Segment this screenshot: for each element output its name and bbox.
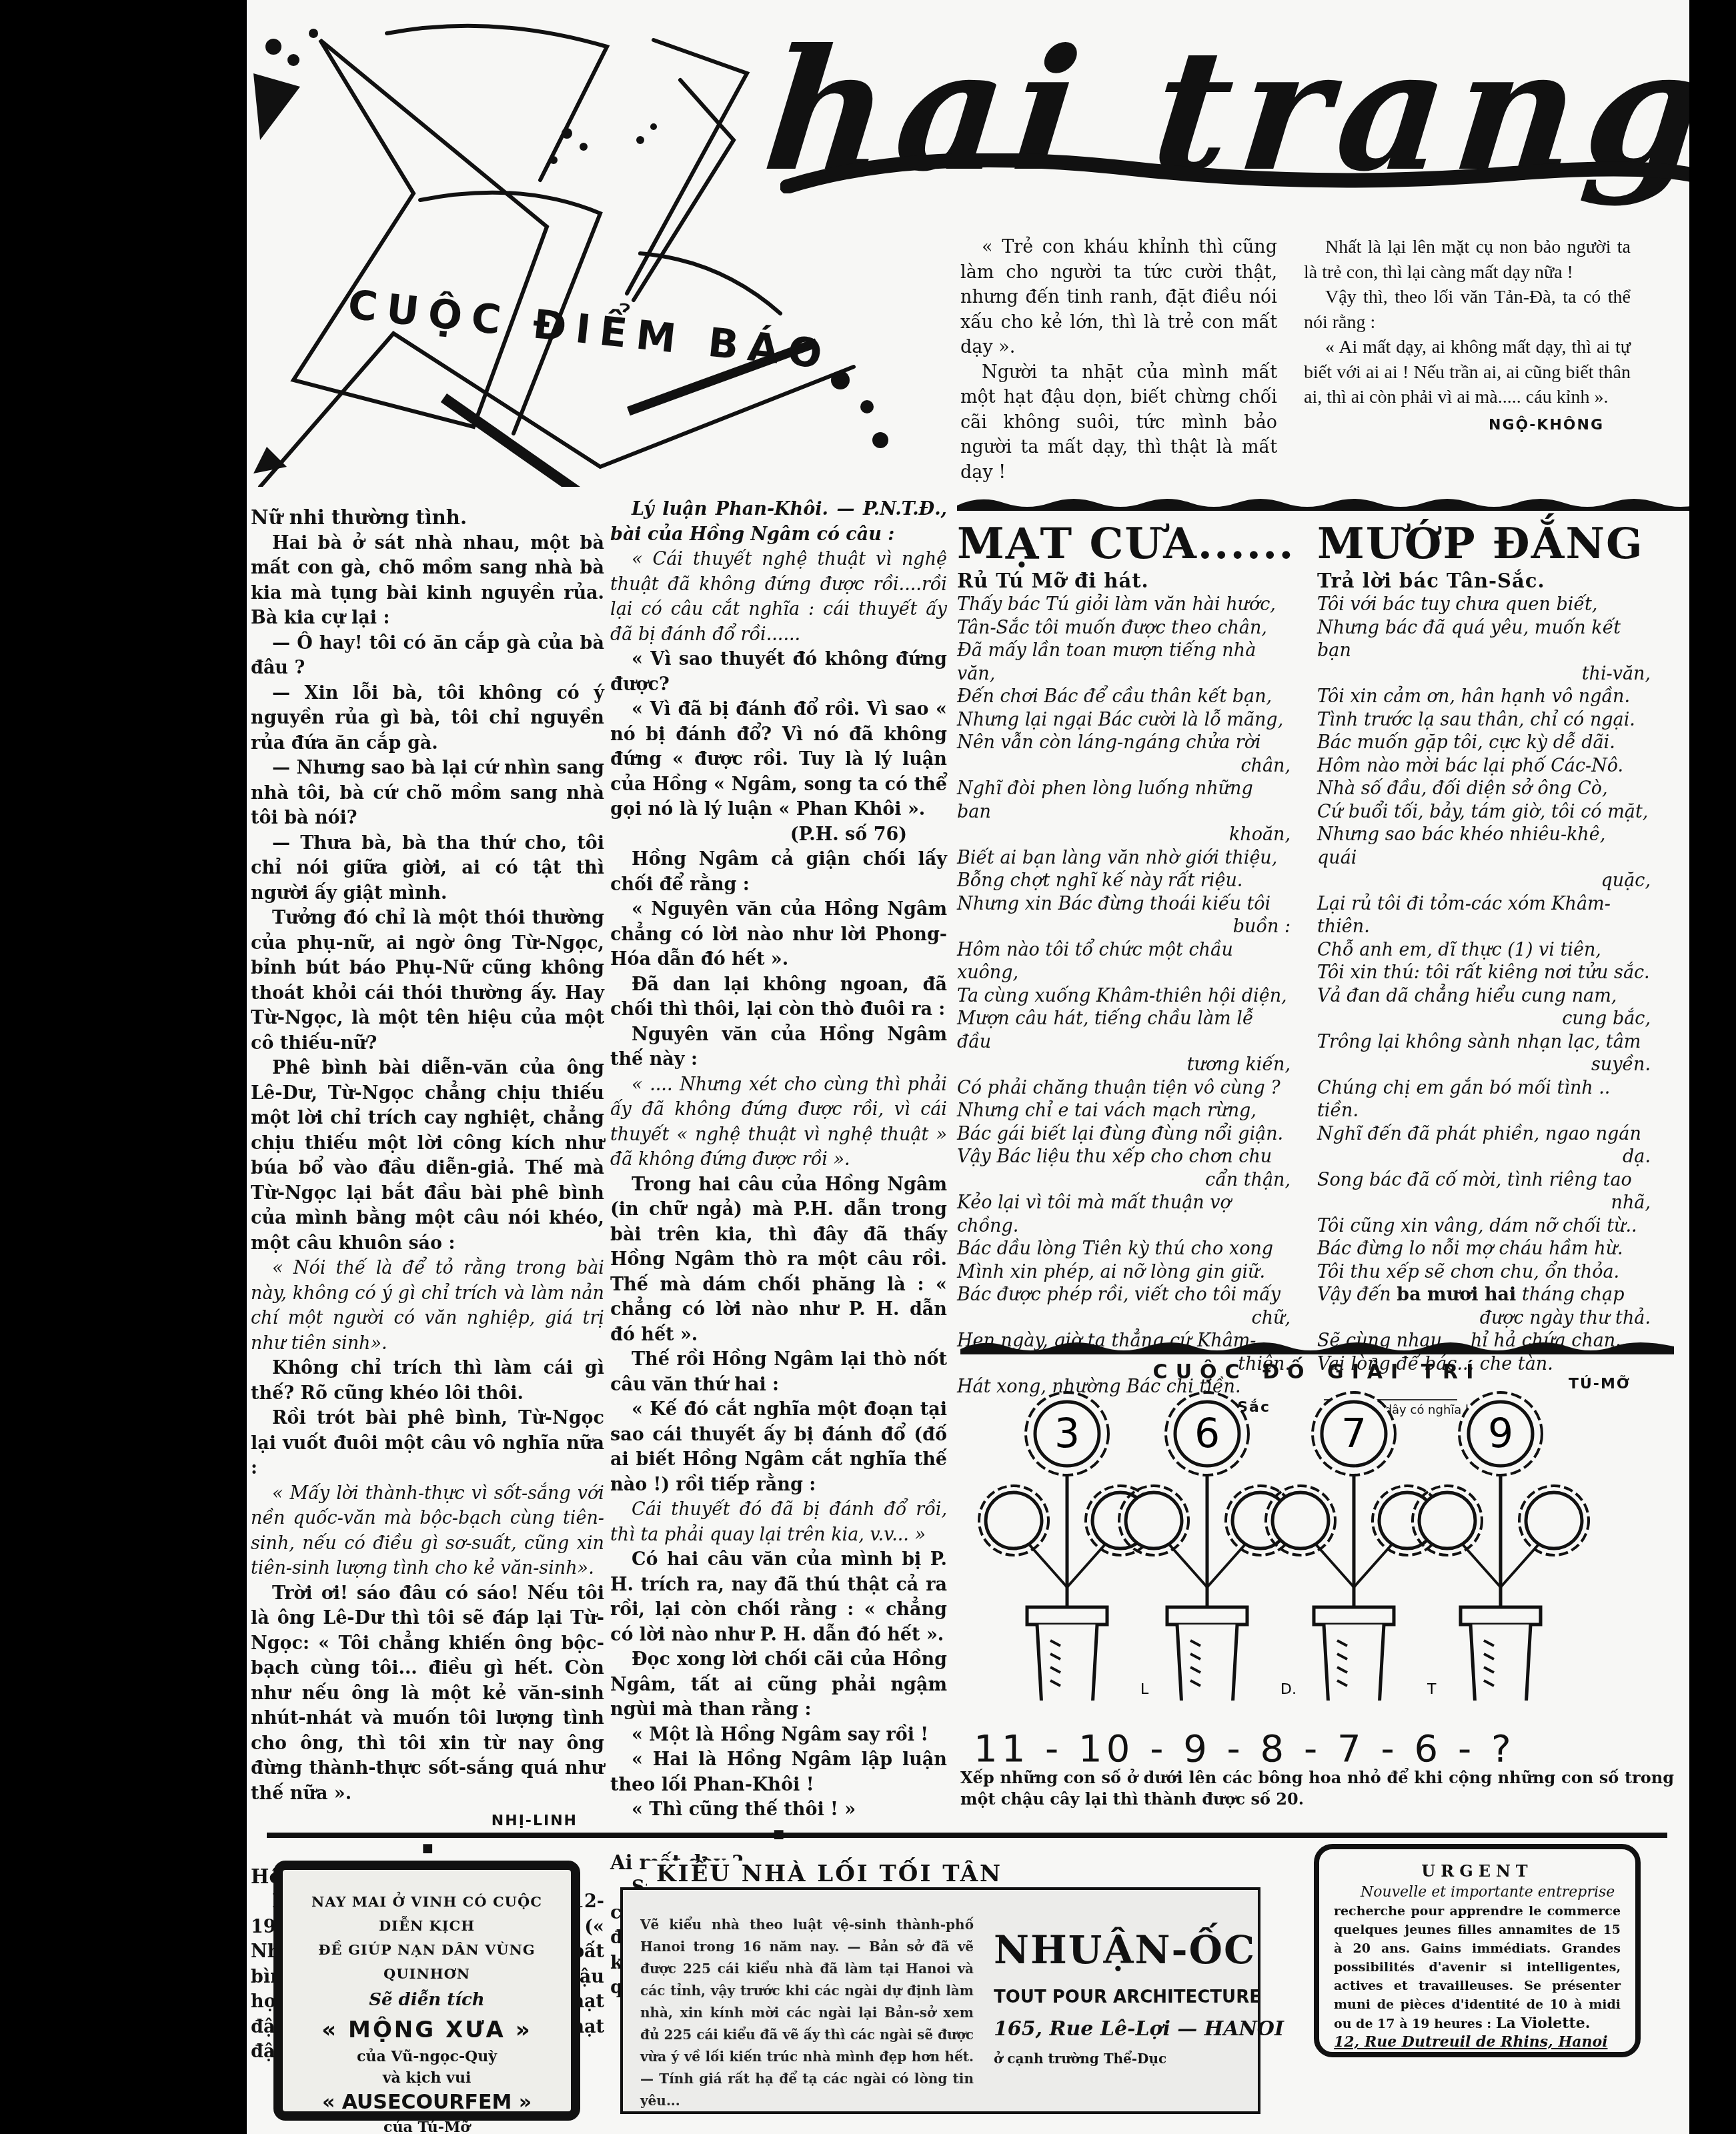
- paragraph: Lý luận Phan-Khôi. — P.N.T.Đ., bài của H…: [610, 497, 947, 547]
- poem-line: Bác được phép rồi, viết cho tôi mấy: [957, 1284, 1290, 1307]
- poem-line: Nhưng xin Bác đừng thoái kiếu tôi: [957, 893, 1290, 916]
- paragraph: — Nhưng sao bà lại cứ nhìn sang nhà tôi,…: [251, 756, 604, 831]
- wavy-divider-icon: [957, 493, 1704, 511]
- title-underline-swoosh-icon: [780, 153, 1707, 193]
- poem-line: Mình xin phép, ai nỡ lòng gin giữ.: [957, 1261, 1290, 1284]
- svg-text:T: T: [1427, 1681, 1437, 1698]
- quote: Cái thuyết đó đã bị đánh đổ rồi, thì ta …: [610, 1497, 947, 1547]
- poem-subtitle: Rủ Tú Mỡ đi hát.: [957, 568, 1290, 594]
- poem-line: Vả đan dã chẳng hiểu cung nam,: [1317, 985, 1651, 1008]
- poem-title: MƯỚP ĐẮNG: [1317, 520, 1651, 568]
- paragraph: Không chỉ trích thì làm cái gì thế? Rõ c…: [251, 1356, 604, 1406]
- quote: « Ai mất dạy, ai không mất dạy, thì ai t…: [1304, 335, 1631, 410]
- column-2: Lý luận Phan-Khôi. — P.N.T.Đ., bài của H…: [610, 497, 947, 2001]
- poem-line: Biết ai bạn làng văn nhờ giới thiệu,: [957, 847, 1290, 870]
- paragraph: Nguyên văn của Hồng Ngâm thế này :: [610, 1022, 947, 1072]
- poem-body: Tôi với bác tuy chưa quen biết,Nhưng bác…: [1317, 594, 1651, 1376]
- poem-line-continuation: dạ.: [1317, 1146, 1651, 1169]
- quote: « Mấy lời thành-thực vì sốt-sắng với nền…: [251, 1481, 604, 1581]
- ad-brand: NHUẬN-ỐC: [994, 1927, 1256, 1973]
- quote: « Nói thế là để tỏ rằng trong bài này, k…: [251, 1256, 604, 1356]
- poem-line-continuation: khoăn,: [957, 824, 1290, 847]
- svg-text:6: 6: [1194, 1410, 1220, 1457]
- poem-line: Nhưng bác đã quá yêu, muốn kết bạn: [1317, 617, 1651, 663]
- poem-line: Nhà số đầu, đối diện sở ông Cò,: [1317, 778, 1651, 801]
- poem-line-continuation: nhã,: [1317, 1192, 1651, 1215]
- ad-tagline: TOUT POUR ARCHITECTURE: [994, 1987, 1261, 2007]
- paragraph: Hai bà ở sát nhà nhau, một bà mất con gà…: [251, 531, 604, 631]
- lament-line: « Một là Hồng Ngâm say rồi !: [610, 1723, 947, 1748]
- ads-divider: [267, 1833, 1667, 1838]
- paragraph: « Nguyên văn của Hồng Ngâm chẳng có lời …: [610, 897, 947, 972]
- poem-title: MẠT CƯA......: [957, 520, 1290, 568]
- paragraph: — Xin lỗi bà, tôi không có ý nguyền rủa …: [251, 681, 604, 756]
- ad-line: Sẽ diễn tích: [295, 1986, 559, 2014]
- section-separator-icon: ■: [251, 1837, 604, 1861]
- ad-line: và kịch vui: [295, 2067, 559, 2089]
- poem-line: Tân-Sắc tôi muốn được theo chân,: [957, 617, 1290, 640]
- poem-line: Nhưng lại ngại Bác cười là lỗ mãng,: [957, 709, 1290, 732]
- poem-line: Tình trước lạ sau thân, chỉ có ngại.: [1317, 709, 1651, 732]
- poem-line: Vậy đến ba mươi hai tháng chạp: [1317, 1284, 1651, 1307]
- ad-line: NAY MAI Ở VINH CÓ CUỘC DIỄN KỊCH: [295, 1890, 559, 1938]
- poem-line: Tôi cũng xin vâng, dám nỡ chối từ..: [1317, 1215, 1651, 1238]
- poem-line: Tôi với bác tuy chưa quen biết,: [1317, 594, 1651, 617]
- ad-heading: KIỂU NHÀ LỐI TỐI TÂN: [647, 1861, 1012, 1887]
- column-4-top: Nhất là lại lên mặt cụ non bảo người ta …: [1304, 235, 1631, 440]
- paragraph: Rồi trót bài phê bình, Từ-Ngọc lại vuốt …: [251, 1406, 604, 1481]
- paragraph: Trời ơi! sáo đâu có sáo! Nếu tôi là ông …: [251, 1581, 604, 1807]
- poem-line: Bác gái biết lại đùng đùng nổi giận.: [957, 1123, 1290, 1146]
- ad-urgent: URGENT Nouvelle et importante entreprise…: [1314, 1844, 1641, 2057]
- flower-pots-illustration-icon: 3 6 7 9 L D. T: [960, 1387, 1674, 1701]
- ad-body: recherche pour apprendre le commerce que…: [1334, 1902, 1621, 2033]
- paragraph: Đã dan lại không ngoan, đã chối thì thôi…: [610, 972, 947, 1022]
- paragraph: Thế rồi Hồng Ngâm lại thò nốt câu văn th…: [610, 1347, 947, 1397]
- paragraph: — Thưa bà, bà tha thứ cho, tôi chỉ nói g…: [251, 831, 604, 906]
- quote-line: « Vì đã bị đánh đổ rồi. Vì sao « nó bị đ…: [610, 697, 947, 822]
- ad-address: 165, Rue Lê-Lợi — HANOI: [994, 2017, 1284, 2041]
- quote: « .... Nhưng xét cho cùng thì phải ấy đã…: [610, 1072, 947, 1172]
- puzzle-instructions: Xếp những con số ở dưới lên các bông hoa…: [960, 1767, 1674, 1810]
- citation: (P.H. số 76): [610, 822, 907, 848]
- puzzle-numbers: 11 - 10 - 9 - 8 - 7 - 6 - ?: [974, 1727, 1515, 1771]
- poem-line: Bỗng chợt nghĩ kế này rất riệu.: [957, 870, 1290, 893]
- svg-text:9: 9: [1488, 1410, 1513, 1457]
- poem-line: Chúng chị em gắn bó mối tình .. tiền.: [1317, 1077, 1651, 1123]
- lament-line: « Thì cũng thế thôi ! »: [610, 1797, 947, 1823]
- poem-line-continuation: cung bắc,: [1317, 1008, 1651, 1031]
- signature: NHỊ-LINH: [251, 1809, 578, 1834]
- poem-line: Thấy bác Tú giỏi làm văn hài hước,: [957, 594, 1290, 617]
- poem-line: Hôm nào mời bác lại phố Các-Nô.: [1317, 755, 1651, 778]
- poem-line-continuation: tương kiến,: [957, 1054, 1290, 1077]
- poem-line-continuation: chân,: [957, 755, 1290, 778]
- ad-company-name: La Violette.: [1496, 2015, 1590, 2032]
- poem-line: Ta cùng xuống Khâm-thiên hội diện,: [957, 985, 1290, 1008]
- paragraph: Người ta nhặt của mình mất một hạt đậu d…: [960, 360, 1277, 485]
- poem-line: Song bác đã cố mời, tình riêng tao: [1317, 1169, 1651, 1192]
- paragraph: Trong hai câu của Hồng Ngâm (in chữ ngả)…: [610, 1172, 947, 1348]
- poem-line: Bác dầu lòng Tiên kỳ thú cho xong: [957, 1238, 1290, 1261]
- ad-body-text: recherche pour apprendre le commerce que…: [1334, 1904, 1621, 2031]
- poem-line: Lại rủ tôi đi tỏm-các xóm Khâm-thiên.: [1317, 893, 1651, 939]
- ad-theatre: NAY MAI Ở VINH CÓ CUỘC DIỄN KỊCH ĐỀ GIÚP…: [273, 1861, 580, 2121]
- poem-muop-dang: MƯỚP ĐẮNG Trả lời bác Tân-Sắc. Tôi với b…: [1317, 520, 1651, 1417]
- paragraph: Tưởng đó chỉ là một thói thường của phụ-…: [251, 906, 604, 1056]
- poem-line-continuation: buồn :: [957, 916, 1290, 939]
- ad-architecture: KIỂU NHÀ LỐI TỐI TÂN Vẽ kiểu nhà theo lu…: [620, 1861, 1287, 2114]
- ad-author: của Vũ-ngọc-Quỳ: [295, 2046, 559, 2067]
- poem-line: Có phải chăng thuận tiện vô cùng ?: [957, 1077, 1290, 1100]
- poem-line: Mượn câu hát, tiếng chầu làm lễ đầu: [957, 1008, 1290, 1054]
- poem-line: Nên vẫn còn láng-ngáng chửa rời: [957, 732, 1290, 755]
- poem-line: Kẻo lại vì tôi mà mất thuận vợ chồng.: [957, 1192, 1290, 1238]
- poem-line: Vậy Bác liệu thu xếp cho chơn chu: [957, 1146, 1290, 1169]
- poem-line: Nghĩ đến đã phát phiền, ngao ngán: [1317, 1123, 1651, 1146]
- poem-line: Nhưng chỉ e tai vách mạch rừng,: [957, 1100, 1290, 1123]
- poem-line: Đến chơi Bác để cầu thân kết bạn,: [957, 686, 1290, 709]
- poem-line-continuation: được ngày thư thả.: [1317, 1307, 1651, 1330]
- poem-line: Tôi xin thú: tôi rất kiêng nơi tửu sắc.: [1317, 962, 1651, 985]
- poem-line: Nhưng sao bác khéo nhiêu-khê, quái: [1317, 824, 1651, 870]
- poem-subtitle: Trả lời bác Tân-Sắc.: [1317, 568, 1651, 594]
- svg-text:D.: D.: [1280, 1681, 1296, 1698]
- svg-text:7: 7: [1341, 1410, 1367, 1457]
- scan-border-left: [0, 0, 247, 2134]
- puzzle-title: CUỘC ĐỐ GIẢI TRÍ: [960, 1360, 1674, 1384]
- poem-line: Nghĩ đòi phen lòng luống những ban: [957, 778, 1290, 824]
- column-1: Nữ nhi thường tình. Hai bà ở sát nhà nha…: [251, 501, 604, 2065]
- svg-text:3: 3: [1054, 1410, 1080, 1457]
- svg-text:L: L: [1140, 1681, 1149, 1698]
- paragraph: Đọc xong lời chối cãi của Hồng Ngâm, tất…: [610, 1647, 947, 1723]
- poem-body: Thấy bác Tú giỏi làm văn hài hước,Tân-Sắ…: [957, 594, 1290, 1399]
- quote: « Trẻ con kháu khỉnh thì cũng làm cho ng…: [960, 235, 1277, 360]
- poem-line-continuation: suyền.: [1317, 1054, 1651, 1077]
- ad-line: ĐỀ GIÚP NẠN DÂN VÙNG QUINHƠN: [295, 1938, 559, 1986]
- column-3-top: « Trẻ con kháu khỉnh thì cũng làm cho ng…: [960, 235, 1277, 485]
- ad-body: Vẽ kiểu nhà theo luật vệ-sinh thành-phố …: [640, 1914, 974, 2112]
- scan-border-right: [1689, 0, 1736, 2134]
- poem-line-continuation: chữ,: [957, 1307, 1290, 1330]
- poem-line: Cứ buổi tối, bảy, tám giờ, tôi có mặt,: [1317, 801, 1651, 824]
- paragraph: Có hai câu văn của mình bị P. H. trích r…: [610, 1547, 947, 1647]
- paragraph: Phê bình bài diễn-văn của ông Lê-Dư, Từ-…: [251, 1056, 604, 1256]
- ad-play-title: « MỘNG XƯA »: [295, 2014, 559, 2046]
- ad-author: của Tú-Mỡ: [295, 2117, 559, 2134]
- ad-play-title: « AUSECOURFEM »: [295, 2089, 559, 2117]
- paragraph: Nhất là lại lên mặt cụ non bảo người ta …: [1304, 235, 1631, 285]
- poem-line: Bác muốn gặp tôi, cực kỳ dễ dãi.: [1317, 732, 1651, 755]
- poem-line: Trông lại không sành nhạn lạc, tâm: [1317, 1031, 1651, 1054]
- newspaper-page: hai trang CUỘC ĐIỂM BÁO Nữ nhi thường tì…: [247, 0, 1736, 2134]
- poem-line: Chỗ anh em, dĩ thực (1) vi tiên,: [1317, 939, 1651, 962]
- lament-line: « Hai là Hồng Ngâm lập luận theo lối Pha…: [610, 1747, 947, 1797]
- ad-intro: Nouvelle et importante entreprise: [1334, 1883, 1621, 1902]
- poem-mat-cua: MẠT CƯA...... Rủ Tú Mỡ đi hát. Thấy bác …: [957, 520, 1290, 1416]
- ad-heading: URGENT: [1334, 1861, 1621, 1881]
- quote: « Cái thuyết nghệ thuật vì nghệ thuật đã…: [610, 547, 947, 647]
- article-heading-nu-nhi: Nữ nhi thường tình.: [251, 505, 604, 531]
- poem-line: Hôm nào tôi tổ chức một chầu xuông,: [957, 939, 1290, 985]
- poem-line: Tôi thu xếp sẽ chơn chu, ổn thỏa.: [1317, 1261, 1651, 1284]
- paragraph: « Kế đó cắt nghĩa một đoạn tại sao cái t…: [610, 1397, 947, 1497]
- puzzle-section: CUỘC ĐỐ GIẢI TRÍ: [960, 1334, 1674, 1827]
- poem-line-continuation: quặc,: [1317, 870, 1651, 893]
- paragraph: Vậy thì, theo lối văn Tản-Đà, ta có thể …: [1304, 285, 1631, 335]
- poem-line-continuation: cẩn thận,: [957, 1169, 1290, 1192]
- quote-line: « Vì sao thuyết đó không đứng được?: [610, 647, 947, 697]
- poem-line: Bác đừng lo nỗi mợ cháu hầm hừ.: [1317, 1238, 1651, 1261]
- ad-location-note: ở cạnh trường Thể-Dục: [994, 2051, 1166, 2067]
- ad-address: 12, Rue Dutreuil de Rhins, Hanoi: [1334, 2033, 1621, 2051]
- signature: NGỘ-KHÔNG: [1304, 413, 1604, 438]
- poem-line-continuation: thi-văn,: [1317, 663, 1651, 686]
- paragraph: Hồng Ngâm cả giận chối lấy chối để rằng …: [610, 847, 947, 897]
- paragraph: — Ô hay! tôi có ăn cắp gà của bà đâu ?: [251, 631, 604, 681]
- poem-line: Tôi xin cảm ơn, hân hạnh vô ngần.: [1317, 686, 1651, 709]
- poem-line: Đã mấy lần toan mượn tiếng nhà văn,: [957, 640, 1290, 686]
